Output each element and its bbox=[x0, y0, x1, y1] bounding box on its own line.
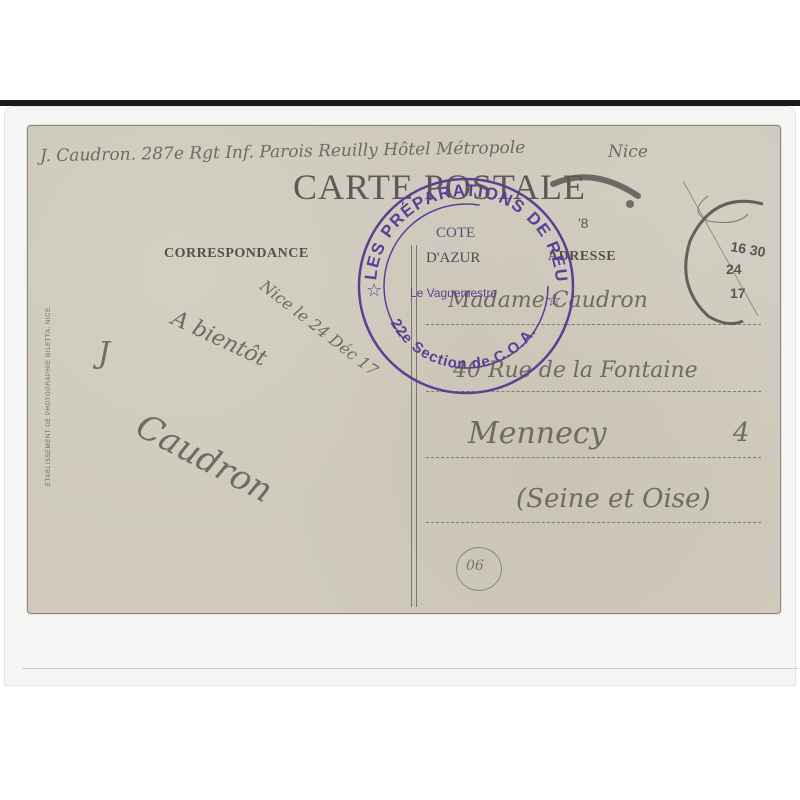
date-postmark: 16 30 24 17 bbox=[668, 186, 788, 336]
stamp-center-text: Le Vaguemestre bbox=[410, 286, 497, 300]
printer-credit: ÉTABLISSEMENT DE PHOTOGRAPHIE GILETTA, N… bbox=[46, 305, 52, 486]
sleeve-edge-line bbox=[22, 668, 798, 669]
page-background-top bbox=[0, 0, 800, 104]
postmark-year: 17 bbox=[730, 285, 746, 301]
message-line-bientot: A bientôt bbox=[167, 306, 270, 372]
address-line-4 bbox=[426, 522, 761, 523]
top-right-handwriting: Nice bbox=[608, 142, 648, 162]
recipient-department: (Seine et Oise) bbox=[516, 484, 711, 514]
sender-handwriting: J. Caudron. 287e Rgt Inf. Parois Reuilly… bbox=[40, 138, 526, 166]
star-icon-right: ☆ bbox=[546, 290, 562, 311]
stamp-bottom-text: 22e Section de C.O.A. bbox=[387, 316, 540, 373]
message-initial: J bbox=[98, 336, 110, 371]
postcard: J. Caudron. 287e Rgt Inf. Parois Reuilly… bbox=[27, 125, 781, 614]
overprint-azur: D'AZUR bbox=[426, 250, 480, 266]
postmark-time: 16 30 bbox=[729, 238, 766, 260]
recipient-city: Mennecy bbox=[468, 416, 607, 451]
correspondence-label: CORRESPONDANCE bbox=[164, 246, 309, 262]
military-stamp: LES PRÉPARATIONS DE REUILLY 22e Section … bbox=[346, 166, 586, 396]
address-line-3 bbox=[426, 457, 761, 458]
overprint-cote: COTE bbox=[436, 225, 475, 241]
recipient-district-number: 4 bbox=[733, 418, 750, 448]
circled-note: 06 bbox=[456, 547, 502, 591]
svg-text:22e Section de C.O.A.: 22e Section de C.O.A. bbox=[387, 316, 540, 373]
message-signature: Caudron bbox=[129, 406, 279, 511]
circled-note-text: 06 bbox=[466, 558, 484, 574]
star-icon-left: ☆ bbox=[366, 280, 382, 301]
postmark-day: 24 bbox=[726, 261, 742, 277]
